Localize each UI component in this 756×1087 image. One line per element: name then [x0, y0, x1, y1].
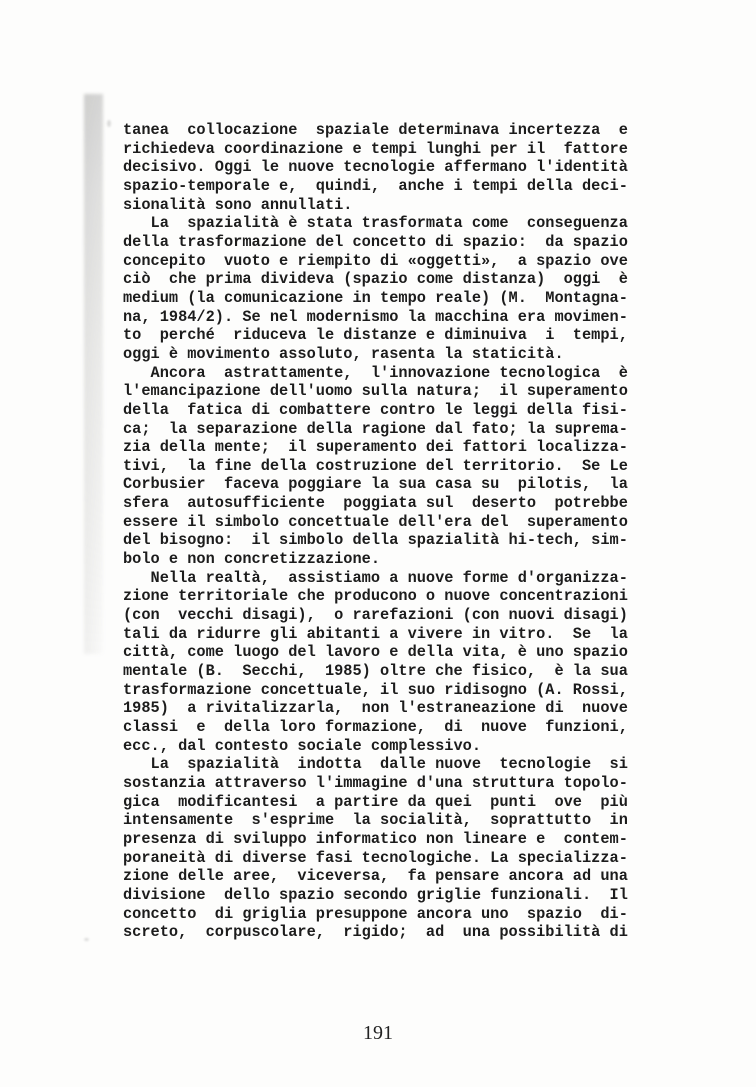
page-number: 191 [0, 1022, 756, 1045]
scan-speck [107, 120, 111, 127]
binding-shadow [84, 94, 103, 654]
scanned-page: tanea collocazione spaziale determinava … [0, 0, 756, 1087]
scan-speck [84, 938, 89, 941]
page-body-text: tanea collocazione spaziale determinava … [123, 121, 628, 942]
